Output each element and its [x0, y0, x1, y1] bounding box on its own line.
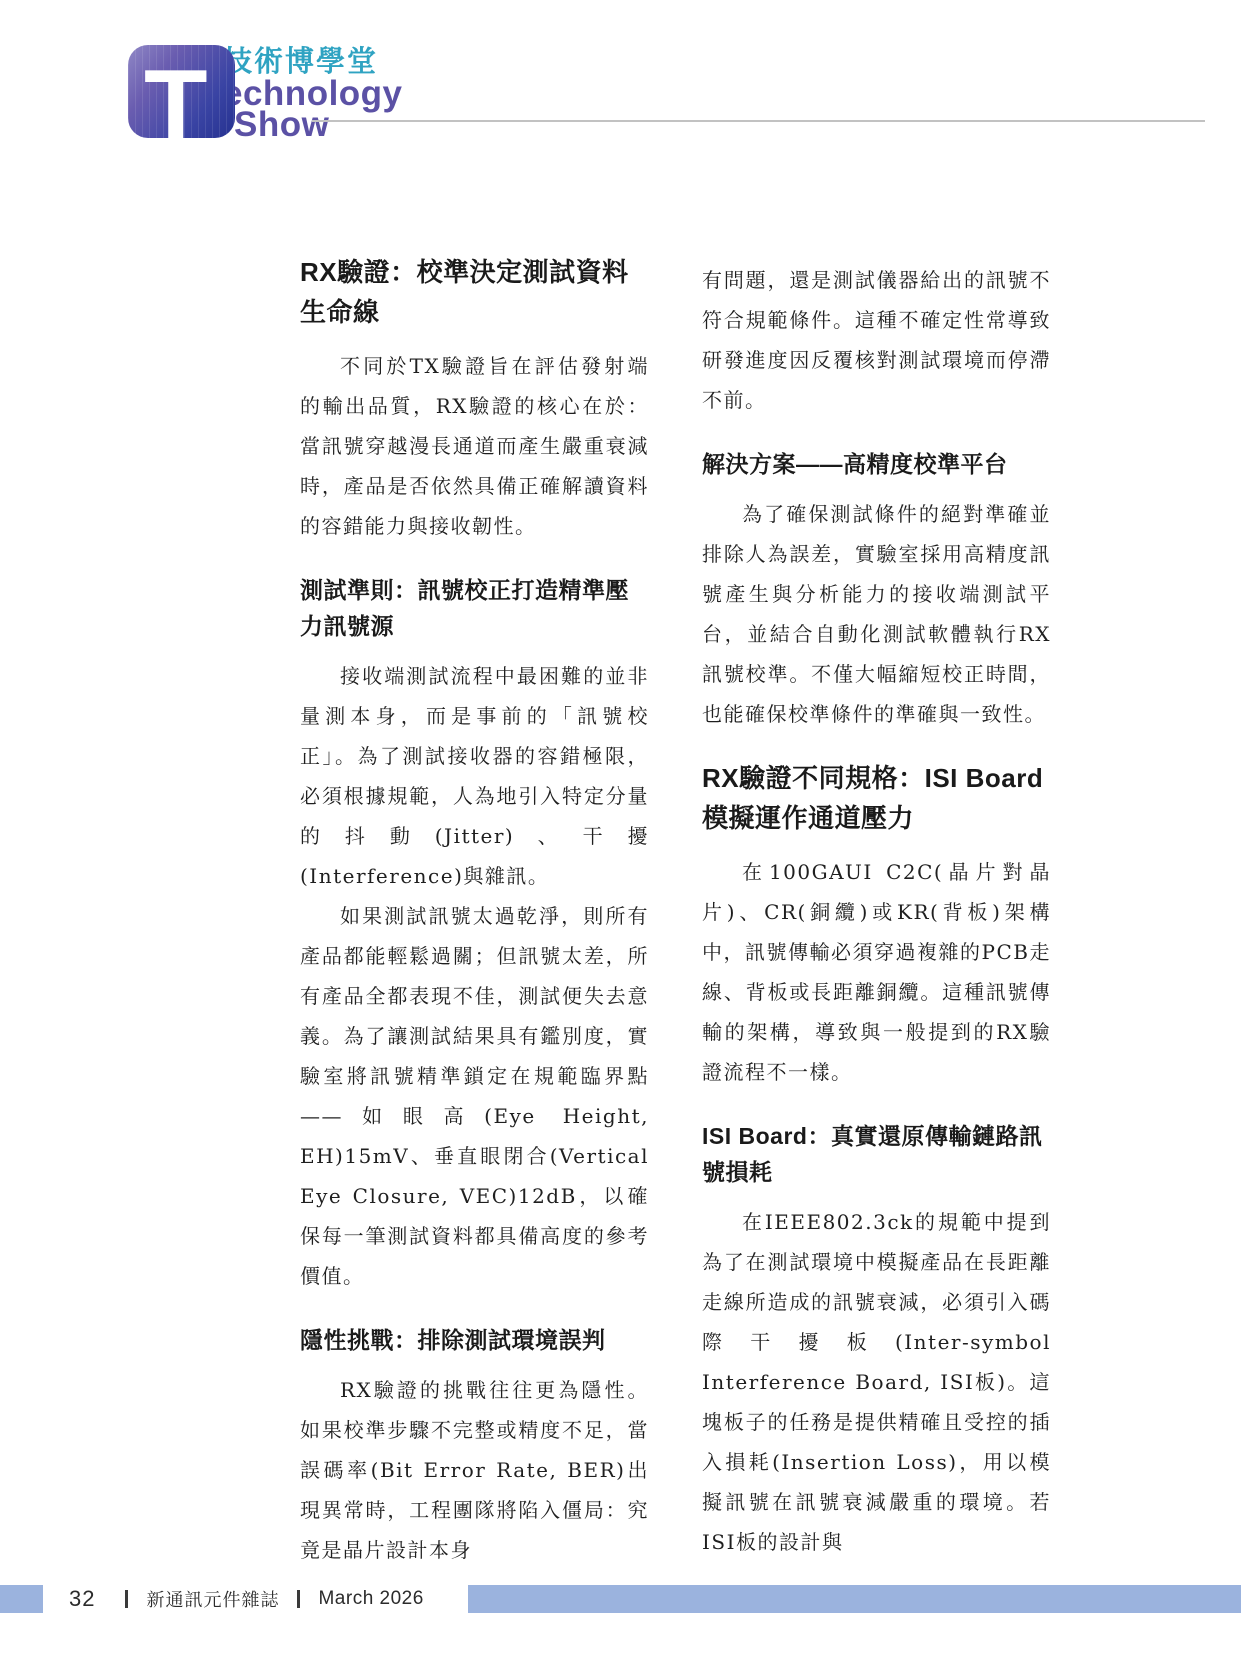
magazine-name: 新通訊元件雜誌	[146, 1586, 279, 1612]
paragraph: 為了確保測試條件的絕對準確並排除人為誤差，實驗室採用高精度訊號產生與分析能力的接…	[702, 494, 1051, 734]
subsection-heading: 測試準則：訊號校正打造精準壓力訊號源	[300, 572, 649, 644]
logo-t-letter: T	[144, 55, 208, 159]
paragraph-continuation: 有問題，還是測試儀器給出的訊號不符合規範條件。這種不確定性常導致研發進度因反覆核…	[702, 260, 1051, 420]
footer-accent-square	[0, 1585, 43, 1613]
paragraph: 不同於TX驗證旨在評估發射端的輸出品質，RX驗證的核心在於：當訊號穿越漫長通道而…	[300, 346, 649, 546]
logo-english-line2: Show	[234, 110, 403, 140]
footer-separator	[297, 1590, 300, 1608]
left-column: RX驗證：校準決定測試資料生命線 不同於TX驗證旨在評估發射端的輸出品質，RX驗…	[300, 252, 649, 1570]
subsection-heading: 隱性挑戰：排除測試環境誤判	[300, 1322, 649, 1358]
issue-date: March 2026	[318, 1588, 423, 1610]
footer-separator	[125, 1590, 128, 1608]
magazine-page: T 技術博學堂 echnology Show RX驗證：校準決定測試資料生命線 …	[0, 0, 1241, 1654]
section-heading: RX驗證不同規格：ISI Board模擬運作通道壓力	[702, 758, 1051, 838]
page-number: 32	[69, 1586, 95, 1612]
logo-text: 技術博學堂 echnology Show	[223, 45, 403, 140]
subsection-heading: ISI Board：真實還原傳輸鏈路訊號損耗	[702, 1118, 1051, 1190]
paragraph: 在100GAUI C2C(晶片對晶片)、CR(銅纜)或KR(背板)架構中，訊號傳…	[702, 852, 1051, 1092]
logo-t-icon: T	[128, 45, 235, 138]
subsection-heading: 解決方案——高精度校準平台	[702, 446, 1051, 482]
page-footer: 32 新通訊元件雜誌 March 2026	[0, 1585, 1241, 1613]
technology-show-logo: T 技術博學堂 echnology Show	[128, 45, 403, 140]
section-heading: RX驗證：校準決定測試資料生命線	[300, 252, 649, 332]
article-body: RX驗證：校準決定測試資料生命線 不同於TX驗證旨在評估發射端的輸出品質，RX驗…	[300, 252, 1051, 1570]
paragraph: RX驗證的挑戰往往更為隱性。如果校準步驟不完整或精度不足，當誤碼率(Bit Er…	[300, 1370, 649, 1570]
paragraph: 在IEEE802.3ck的規範中提到為了在測試環境中模擬產品在長距離走線所造成的…	[702, 1202, 1051, 1562]
paragraph: 如果測試訊號太過乾淨，則所有產品都能輕鬆過關；但訊號太差，所有產品全都表現不佳，…	[300, 896, 649, 1296]
logo-chinese-title: 技術博學堂	[223, 47, 403, 77]
header-divider-line	[312, 120, 1205, 122]
paragraph: 接收端測試流程中最困難的並非量測本身，而是事前的「訊號校正」。為了測試接收器的容…	[300, 656, 649, 896]
footer-accent-bar	[468, 1585, 1241, 1613]
right-column: 有問題，還是測試儀器給出的訊號不符合規範條件。這種不確定性常導致研發進度因反覆核…	[702, 252, 1051, 1570]
